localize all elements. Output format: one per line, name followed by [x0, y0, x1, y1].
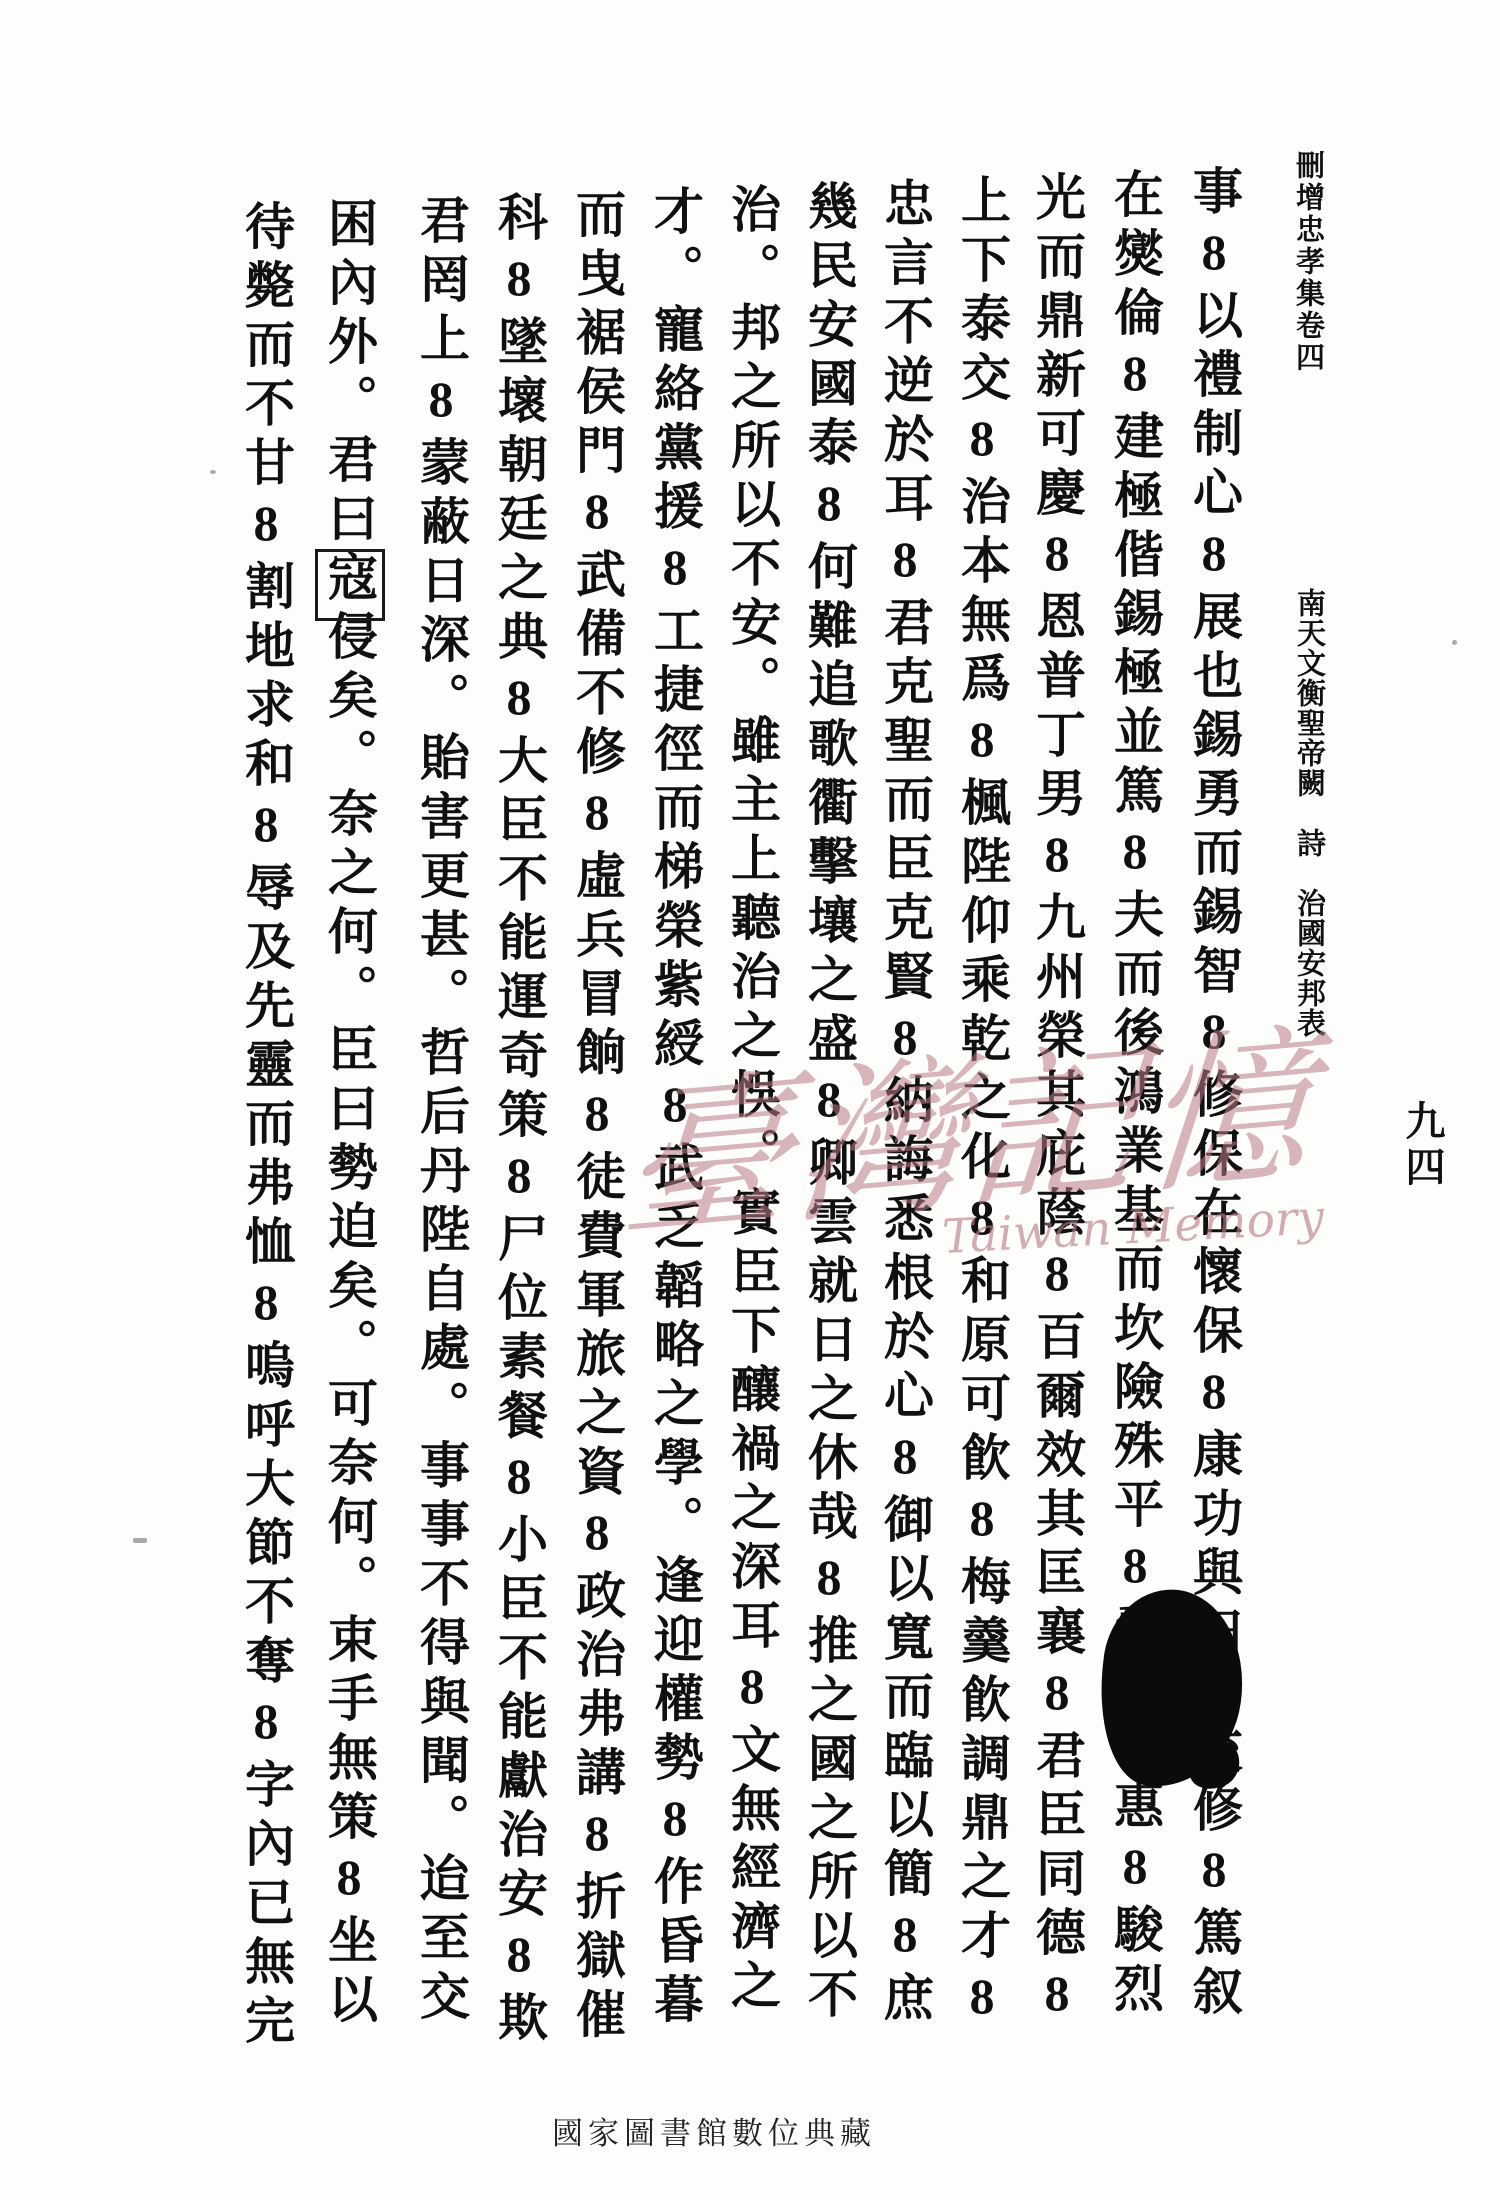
scan-speck	[210, 470, 216, 474]
page-number: 九四	[1396, 1100, 1448, 1192]
text-column-13: 待斃而不甘8割地求和8辱及先靈而弗恤8嗚呼大節不奪8字內已無完	[237, 200, 295, 2053]
character-highlight-box	[315, 549, 385, 621]
scan-speck	[133, 1538, 147, 1543]
text-column-10: 科8墜壞朝廷之典8大臣不能運奇策8尸位素餐8小臣不能獻治安8欺	[490, 191, 548, 2050]
text-column-12: 困內外。君曰寇侵矣。奈之何。臣曰勢迫矣。可奈何。束手無策8坐以	[320, 197, 378, 2032]
scanned-book-page: { "page": { "header_title": "刪增忠孝集卷四", "…	[0, 0, 1500, 2200]
scan-speck	[1452, 640, 1457, 645]
volume-title: 刪增忠孝集卷四	[1283, 150, 1333, 374]
text-column-9: 而曳裾侯門8武備不修8虛兵冒餉8徒費軍旅之資8政治弗講8折獄催	[568, 188, 626, 2047]
library-caption: 國家圖書館數位典藏	[552, 2108, 876, 2153]
text-column-11: 君罔上8蒙蔽日深。貽害更甚。哲后丹陛自處。事事不得與聞。迨至交	[412, 194, 470, 2029]
section-subtitle: 南天文衡聖帝闕 詩 治國安邦表	[1284, 588, 1334, 1038]
